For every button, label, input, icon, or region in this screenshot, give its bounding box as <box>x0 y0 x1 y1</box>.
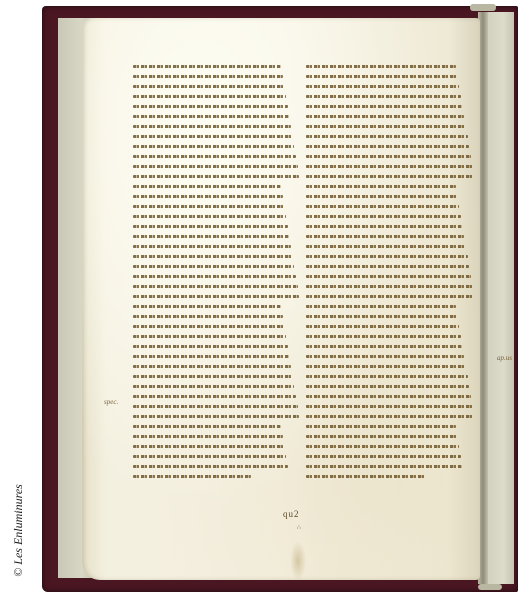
script-line <box>306 452 476 462</box>
script-line <box>133 332 301 342</box>
script-line <box>133 172 301 182</box>
binding-clasp-top <box>470 4 496 11</box>
script-line <box>133 392 301 402</box>
script-line <box>133 142 301 152</box>
script-line <box>306 92 476 102</box>
script-line <box>133 152 301 162</box>
script-line <box>306 392 476 402</box>
script-line <box>133 462 301 472</box>
script-line <box>306 322 476 332</box>
script-line <box>133 162 301 172</box>
script-line <box>306 282 476 292</box>
script-line <box>306 412 476 422</box>
script-line <box>306 172 476 182</box>
script-line <box>306 212 476 222</box>
script-line <box>306 152 476 162</box>
script-line <box>306 82 476 92</box>
script-line <box>133 232 301 242</box>
script-line <box>133 452 301 462</box>
script-line <box>306 232 476 242</box>
script-line <box>306 362 476 372</box>
script-line <box>133 212 301 222</box>
script-line <box>306 102 476 112</box>
script-line <box>133 132 301 142</box>
folio-dots: ∴ <box>297 524 301 531</box>
script-line <box>306 442 476 452</box>
script-line <box>306 432 476 442</box>
script-line <box>133 422 301 432</box>
binding-clasp-bottom <box>478 584 502 590</box>
script-line <box>306 132 476 142</box>
script-line <box>306 292 476 302</box>
script-line <box>306 142 476 152</box>
script-line <box>133 62 301 72</box>
script-line <box>306 462 476 472</box>
script-line <box>306 252 476 262</box>
script-line <box>306 472 476 482</box>
script-line <box>306 182 476 192</box>
script-line <box>306 162 476 172</box>
script-line <box>133 432 301 442</box>
script-line <box>306 222 476 232</box>
script-line <box>306 62 476 72</box>
script-line <box>133 312 301 322</box>
text-column-left <box>133 62 301 482</box>
credit-text: © Les Enluminures <box>11 484 26 577</box>
script-line <box>306 272 476 282</box>
script-line <box>133 282 301 292</box>
script-line <box>306 122 476 132</box>
script-line <box>133 122 301 132</box>
text-column-right <box>306 62 476 482</box>
script-line <box>133 362 301 372</box>
script-line <box>133 412 301 422</box>
script-line <box>133 402 301 412</box>
script-line <box>133 82 301 92</box>
script-line <box>133 242 301 252</box>
script-line <box>133 292 301 302</box>
script-line <box>133 202 301 212</box>
script-line <box>133 372 301 382</box>
script-line <box>133 72 301 82</box>
script-line <box>306 312 476 322</box>
script-line <box>133 192 301 202</box>
script-line <box>306 72 476 82</box>
copyright-credit: © Les Enluminures <box>6 470 30 590</box>
script-line <box>133 342 301 352</box>
script-line <box>306 302 476 312</box>
script-line <box>133 262 301 272</box>
script-line <box>133 92 301 102</box>
margin-note-right: ap.us <box>497 354 512 362</box>
script-line <box>133 382 301 392</box>
script-line <box>306 332 476 342</box>
script-line <box>306 342 476 352</box>
script-line <box>133 112 301 122</box>
folio-mark: qu2 <box>283 509 300 519</box>
script-line <box>133 352 301 362</box>
script-line <box>133 322 301 332</box>
facing-leaf <box>488 12 514 584</box>
script-line <box>306 202 476 212</box>
water-stain <box>290 541 306 581</box>
script-line <box>133 222 301 232</box>
script-line <box>306 352 476 362</box>
script-line <box>306 192 476 202</box>
script-line <box>133 182 301 192</box>
script-line <box>133 272 301 282</box>
script-line <box>306 112 476 122</box>
script-line <box>133 102 301 112</box>
script-line <box>306 372 476 382</box>
script-line <box>306 402 476 412</box>
script-line <box>306 382 476 392</box>
script-line <box>133 302 301 312</box>
script-line <box>133 442 301 452</box>
script-line <box>133 472 301 482</box>
script-line <box>133 252 301 262</box>
script-line <box>306 242 476 252</box>
script-line <box>306 422 476 432</box>
margin-note-left: spec. <box>104 398 118 406</box>
script-line <box>306 262 476 272</box>
